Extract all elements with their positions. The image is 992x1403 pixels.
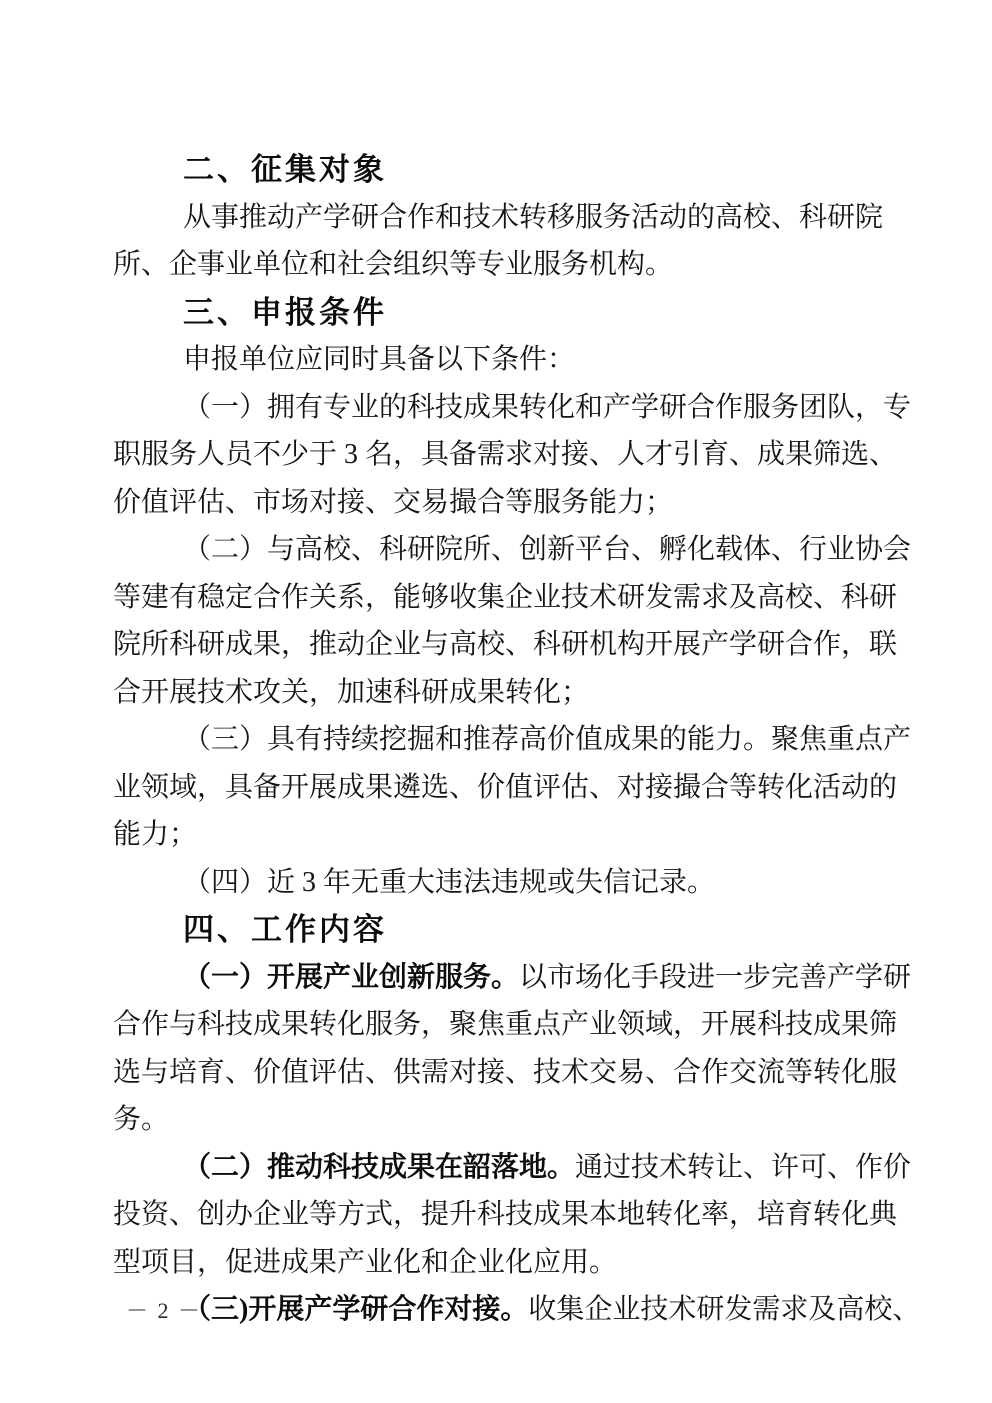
- text-line: 申报单位应同时具备以下条件：: [113, 336, 878, 384]
- text-line: 价值评估、市场对接、交易撮合等服务能力；: [113, 479, 878, 527]
- document-page: 二、征集对象 从事推动产学研合作和技术转移服务活动的高校、科研院 所、企事业单位…: [0, 0, 992, 1403]
- text-line: （一）开展产业创新服务。以市场化手段进一步完善产学研: [113, 954, 878, 1002]
- section-heading-4: 四、工作内容: [113, 906, 878, 954]
- text-line: 从事推动产学研合作和技术转移服务活动的高校、科研院: [113, 194, 878, 242]
- bold-lead-phrase: （一）开展产业创新服务。: [183, 962, 519, 993]
- bold-lead-phrase: （三)开展产学研合作对接。: [183, 1294, 528, 1325]
- text-line: （四）近 3 年无重大违法违规或失信记录。: [113, 859, 878, 907]
- text-line: 职服务人员不少于 3 名，具备需求对接、人才引育、成果筛选、: [113, 431, 878, 479]
- text-line: 务。: [113, 1096, 878, 1144]
- line-text: 收集企业技术研发需求及高校、: [528, 1294, 920, 1325]
- text-line: （二）推动科技成果在韶落地。通过技术转让、许可、作价: [113, 1144, 878, 1192]
- line-text: 以市场化手段进一步完善产学研: [519, 962, 911, 993]
- text-line: 合作与科技成果转化服务，聚焦重点产业领域，开展科技成果筛: [113, 1001, 878, 1049]
- text-line: 能力；: [113, 811, 878, 859]
- text-line: 所、企事业单位和社会组织等专业服务机构。: [113, 241, 878, 289]
- text-line: （二）与高校、科研院所、创新平台、孵化载体、行业协会: [113, 526, 878, 574]
- text-line: （一）拥有专业的科技成果转化和产学研合作服务团队，专: [113, 384, 878, 432]
- text-line: 院所科研成果，推动企业与高校、科研机构开展产学研合作，联: [113, 621, 878, 669]
- text-line: 等建有稳定合作关系，能够收集企业技术研发需求及高校、科研: [113, 574, 878, 622]
- line-text: 通过技术转让、许可、作价: [575, 1152, 911, 1183]
- text-line: 型项目，促进成果产业化和企业化应用。: [113, 1239, 878, 1287]
- text-line: （三)开展产学研合作对接。收集企业技术研发需求及高校、: [113, 1286, 878, 1334]
- text-line: 投资、创办企业等方式，提升科技成果本地转化率，培育转化典: [113, 1191, 878, 1239]
- text-line: （三）具有持续挖掘和推荐高价值成果的能力。聚焦重点产: [113, 716, 878, 764]
- section-heading-2: 二、征集对象: [113, 146, 878, 194]
- page-number: － 2 －: [126, 1296, 202, 1326]
- document-body: 二、征集对象 从事推动产学研合作和技术转移服务活动的高校、科研院 所、企事业单位…: [113, 146, 878, 1334]
- text-line: 选与培育、价值评估、供需对接、技术交易、合作交流等转化服: [113, 1049, 878, 1097]
- text-line: 业领域，具备开展成果遴选、价值评估、对接撮合等转化活动的: [113, 764, 878, 812]
- bold-lead-phrase: （二）推动科技成果在韶落地。: [183, 1152, 575, 1183]
- text-line: 合开展技术攻关，加速科研成果转化；: [113, 669, 878, 717]
- section-heading-3: 三、申报条件: [113, 289, 878, 337]
